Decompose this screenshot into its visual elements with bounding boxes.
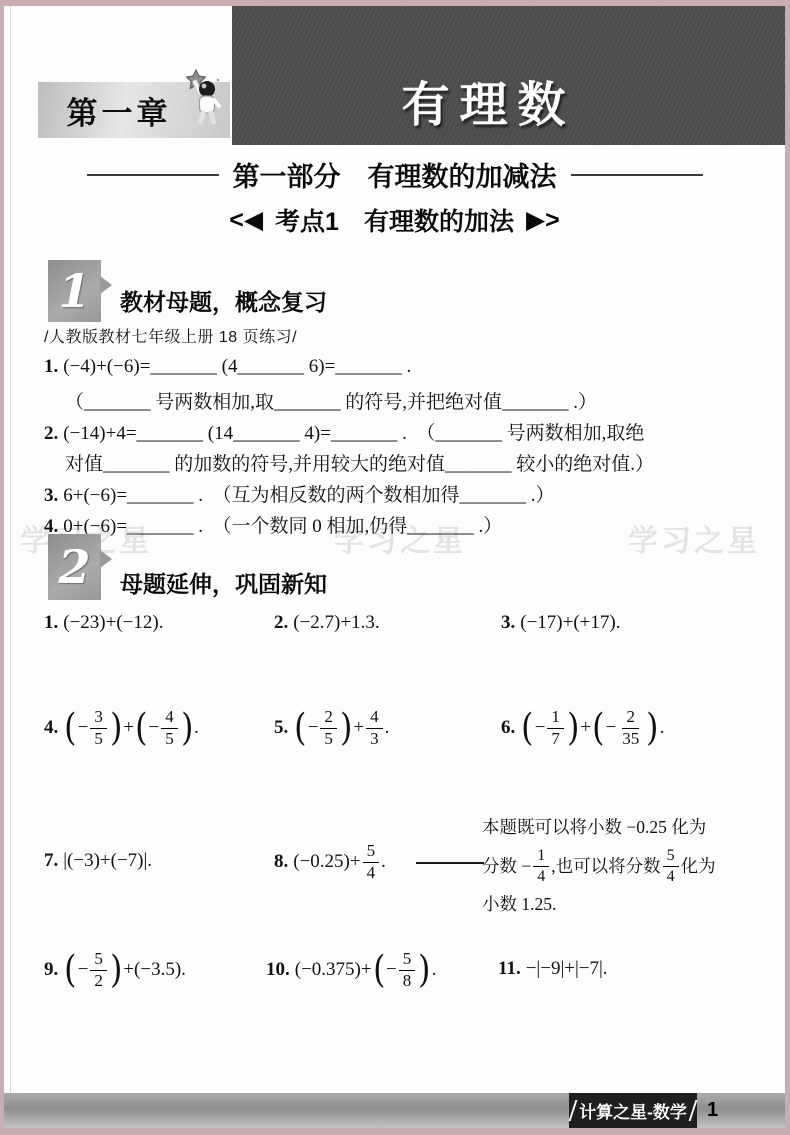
problem-6: 6. ( − 17 ) + ( − 235 ) .	[501, 696, 664, 760]
denominator: 3	[366, 729, 383, 749]
numerator: 5	[663, 846, 679, 866]
fraction: 25	[320, 707, 337, 749]
kaodian-heading-row: <◀ 考点1 有理数的加法 ▶>	[4, 202, 785, 238]
section2-tab-icon	[100, 550, 112, 568]
denominator: 5	[90, 729, 107, 749]
part-title: 第一部分 有理数的加减法	[233, 155, 557, 194]
problem-text: 6+(−6)=_______ . （互为相反数的两个数相加得_______ .）	[63, 480, 554, 507]
denominator: 5	[161, 729, 178, 749]
chapter-banner: 有理数	[232, 6, 785, 145]
numerator: 3	[90, 707, 107, 728]
section1-tab-icon	[100, 276, 112, 294]
plus-sign: +	[123, 717, 134, 739]
numerator: 1	[547, 707, 564, 728]
problem-line: 4. 0+(−6)=_______ . （一个数同 0 相加,仍得_______…	[44, 511, 768, 542]
part-rule-right	[571, 174, 703, 176]
numerator: 2	[320, 707, 337, 728]
section1-title: 教材母题，概念复习	[120, 284, 327, 317]
big-paren: )	[418, 953, 430, 986]
numerator: 1	[533, 846, 549, 866]
big-paren: (	[521, 711, 533, 744]
numerator: 4	[161, 707, 178, 728]
note-line: 小数 1.25.	[482, 889, 764, 920]
problem-number: 10.	[266, 959, 290, 981]
problem-number: 11.	[498, 958, 521, 980]
page-number: 1	[707, 1093, 718, 1128]
big-paren: (	[64, 953, 76, 986]
fraction: 45	[161, 707, 178, 749]
problem-number: 1.	[44, 356, 58, 378]
big-paren: )	[110, 711, 122, 744]
problem-number: 1.	[44, 612, 58, 634]
problem-number: 2.	[274, 612, 288, 634]
problem-number: 5.	[274, 717, 288, 739]
big-paren: (	[294, 711, 306, 744]
problem-number: 6.	[501, 717, 515, 739]
denominator: 5	[320, 729, 337, 749]
section2-number-box: 2	[48, 534, 101, 600]
problem-5: 5. ( − 25 ) + 43 .	[274, 696, 389, 760]
problem-2: 2. (−2.7)+1.3.	[274, 612, 380, 634]
big-paren: (	[135, 711, 147, 744]
fraction: 14	[533, 846, 549, 885]
page: 学习之星 学习之星 学习之星 有理数 第一章 第一部分 有理数的加减法	[4, 6, 785, 1128]
left-arrows-icon: <◀	[229, 205, 263, 235]
note-text: 分数 −	[482, 851, 531, 882]
plus-sign: +	[353, 717, 364, 739]
astronaut-star-icon	[182, 68, 228, 137]
problem-text: (−17)+(+17).	[520, 612, 620, 634]
minus-sign: −	[606, 717, 617, 739]
kaodian-title: 考点1 有理数的加法	[275, 202, 514, 238]
problem-number: 9.	[44, 959, 58, 981]
problem-text: +(−3.5).	[123, 959, 186, 981]
chapter-box: 第一章	[38, 82, 230, 138]
fraction: 54	[363, 841, 380, 883]
fraction: 17	[547, 707, 564, 749]
note-line: 分数 − 14 ,也可以将分数 54 化为	[482, 843, 764, 889]
problem-number: 3.	[44, 485, 58, 507]
footer-bar: 计算之星-数学 1	[4, 1093, 785, 1128]
problem-number: 4.	[44, 717, 58, 739]
minus-sign: −	[78, 959, 89, 981]
footer-brand-box: 计算之星-数学	[569, 1093, 697, 1128]
right-arrows-icon: ▶>	[526, 205, 560, 235]
fraction: 58	[399, 949, 416, 991]
problem-text: |(−3)+(−7)|.	[63, 850, 152, 872]
denominator: 7	[547, 729, 564, 749]
problem-3: 3. (−17)+(+17).	[501, 612, 620, 634]
problem-text: (−0.25)+	[293, 851, 360, 873]
note-text: ,也可以将分数	[551, 851, 660, 882]
fraction: 54	[663, 846, 679, 885]
problem-number: 2.	[44, 423, 58, 445]
problem-10: 10. (−0.375)+ ( − 58 ) .	[266, 938, 436, 1002]
note-text: 化为	[681, 851, 716, 882]
problem-text: （_______ 号两数相加,取_______ 的符号,并把绝对值_______…	[65, 387, 597, 414]
section1-problems: 1. (−4)+(−6)=_______ (4_______ 6)=______…	[44, 356, 768, 542]
problem-text: 对值_______ 的加数的符号,并用较大的绝对值_______ 较小的绝对值.…	[65, 449, 654, 476]
margin-note: 本题既可以将小数 −0.25 化为 分数 − 14 ,也可以将分数 54 化为 …	[482, 812, 764, 920]
fraction: 43	[366, 707, 383, 749]
problem-text: (−0.375)+	[295, 959, 372, 981]
problem-text: (−14)+4=_______ (14_______ 4)=_______ . …	[63, 418, 644, 445]
problem-number: 3.	[501, 612, 515, 634]
minus-sign: −	[308, 717, 319, 739]
problem-number: 7.	[44, 850, 58, 872]
book-title: 有理数	[401, 66, 575, 135]
numerator: 4	[366, 707, 383, 728]
note-line: 本题既可以将小数 −0.25 化为	[482, 812, 764, 843]
period: .	[381, 851, 386, 873]
fraction: 35	[90, 707, 107, 749]
problem-number: 8.	[274, 851, 288, 873]
note-connector-line	[416, 862, 484, 864]
part-rule-left	[87, 174, 219, 176]
problem-line: 2. (−14)+4=_______ (14_______ 4)=_______…	[44, 418, 768, 449]
minus-sign: −	[535, 717, 546, 739]
problem-text: (−4)+(−6)=_______ (4_______ 6)=_______ .	[63, 356, 411, 378]
denominator: 4	[363, 863, 380, 883]
big-paren: )	[110, 953, 122, 986]
section2-number: 2	[58, 540, 90, 594]
period: .	[432, 959, 437, 981]
problem-11: 11. −|−9|+|−7|.	[498, 958, 608, 980]
problem-line: 1. (−4)+(−6)=_______ (4_______ 6)=______…	[44, 356, 768, 387]
numerator: 2	[622, 707, 639, 728]
problem-9: 9. ( − 52 ) +(−3.5).	[44, 938, 186, 1002]
denominator: 8	[399, 971, 416, 991]
problem-7: 7. |(−3)+(−7)|.	[44, 850, 152, 872]
section2-title: 母题延伸，巩固新知	[120, 566, 327, 599]
fraction: 52	[90, 949, 107, 991]
problem-4: 4. ( − 35 ) + ( − 45 ) .	[44, 696, 199, 760]
big-paren: (	[592, 711, 604, 744]
period: .	[660, 717, 665, 739]
footer-brand: 计算之星-数学	[579, 1098, 687, 1123]
denominator: 4	[533, 867, 549, 886]
problem-line: （_______ 号两数相加,取_______ 的符号,并把绝对值_______…	[44, 387, 768, 418]
numerator: 5	[363, 841, 380, 862]
problem-1: 1. (−23)+(−12).	[44, 612, 163, 634]
plus-sign: +	[580, 717, 591, 739]
big-paren: )	[181, 711, 193, 744]
numerator: 5	[399, 949, 416, 970]
minus-sign: −	[78, 717, 89, 739]
workbook-page: { "header": { "chapter_label": "第一章", "b…	[0, 0, 790, 1135]
fraction: 235	[618, 707, 643, 749]
minus-sign: −	[386, 959, 397, 981]
big-paren: )	[340, 711, 352, 744]
problem-text: (−23)+(−12).	[63, 612, 163, 634]
denominator: 2	[90, 971, 107, 991]
textbook-source: /人教版教材七年级上册 18 页练习/	[44, 324, 297, 347]
denominator: 4	[663, 867, 679, 886]
problem-8: 8. (−0.25)+ 54 .	[274, 830, 386, 894]
section1-number-box: 1	[48, 260, 101, 322]
minus-sign: −	[149, 717, 160, 739]
numerator: 5	[90, 949, 107, 970]
big-paren: )	[567, 711, 579, 744]
problem-text: −|−9|+|−7|.	[526, 958, 608, 980]
period: .	[194, 717, 199, 739]
problem-text: (−2.7)+1.3.	[293, 612, 379, 634]
big-paren: )	[646, 711, 658, 744]
problem-text: 0+(−6)=_______ . （一个数同 0 相加,仍得_______ .）	[63, 511, 502, 538]
problem-line: 对值_______ 的加数的符号,并用较大的绝对值_______ 较小的绝对值.…	[44, 449, 768, 480]
part-heading-row: 第一部分 有理数的加减法	[4, 155, 785, 194]
problem-line: 3. 6+(−6)=_______ . （互为相反数的两个数相加得_______…	[44, 480, 768, 511]
big-paren: (	[64, 711, 76, 744]
denominator: 35	[618, 729, 643, 749]
section1-number: 1	[58, 264, 90, 318]
period: .	[385, 717, 390, 739]
big-paren: (	[373, 953, 385, 986]
